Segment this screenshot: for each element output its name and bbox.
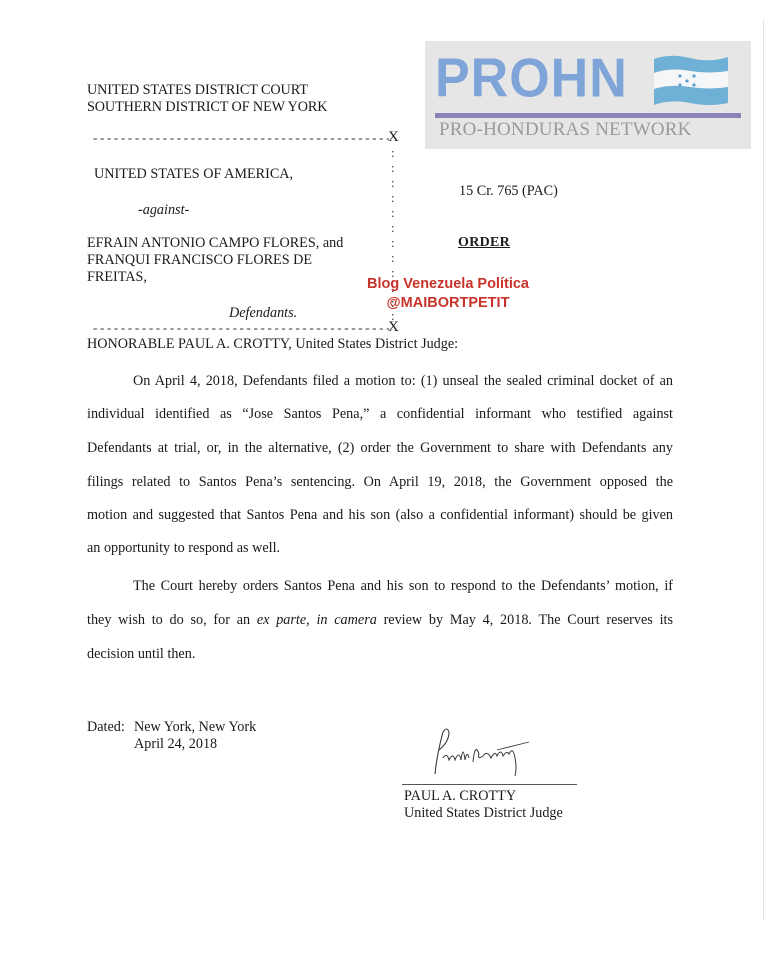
caption-colon: : [391,206,395,220]
case-number: 15 Cr. 765 (PAC) [459,183,558,200]
dated-label: Dated: [87,719,125,736]
logo-divider-bar [435,113,741,118]
signature-line [402,784,577,785]
paragraph-2-line-1: The Court hereby orders Santos Pena and … [87,578,673,595]
caption-colon: : [391,161,395,175]
caption-bottom-x: X [388,319,399,336]
handwritten-signature-icon [425,724,545,784]
caption-bottom-divider: - - - - - - - - - - - - - - - - - - - - … [93,320,389,336]
court-district: SOUTHERN DISTRICT OF NEW YORK [87,98,327,117]
logo-subtitle: PRO-HONDURAS NETWORK [439,119,692,141]
dated-place: New York, New York [134,719,256,736]
prohn-logo: PROHN PRO-HONDURAS NETWORK [425,41,751,149]
paragraph-2-line-2: they wish to do so, for an ex parte, in … [87,612,673,629]
caption-top-divider: - - - - - - - - - - - - - - - - - - - - … [93,130,389,146]
caption-colon: : [391,251,395,265]
caption-colon: : [391,236,395,250]
paragraph-1-line-4: filings related to Santos Pena’s sentenc… [87,474,673,491]
document-title: ORDER [458,235,510,251]
plaintiff-name: UNITED STATES OF AMERICA, [94,166,293,183]
defendant-line-1: EFRAIN ANTONIO CAMPO FLORES, and [87,235,343,252]
scan-edge [763,20,764,920]
watermark-handle: @MAIBORTPETIT [348,294,548,313]
signer-name: PAUL A. CROTTY [404,788,516,805]
defendant-line-3: FREITAS, [87,269,147,286]
paragraph-1-line-2: individual identified as “Jose Santos Pe… [87,406,673,423]
caption-colon: : [391,146,395,160]
against-label: -against- [138,202,189,219]
defendant-line-2: FRANQUI FRANCISCO FLORES DE [87,252,312,269]
signer-title: United States District Judge [404,805,563,822]
paragraph-1-line-3: Defendants at trial, or, in the alternat… [87,440,673,457]
paragraph-1-line-5: motion and suggested that Santos Pena an… [87,507,673,524]
judge-header: HONORABLE PAUL A. CROTTY, United States … [87,336,458,353]
paragraph-1-line-6: an opportunity to respond as well. [87,540,673,557]
watermark-blog-name: Blog Venezuela Política [348,275,548,294]
caption-colon: : [391,221,395,235]
honduras-flag-icon [650,53,730,107]
caption-top-x: X [388,129,399,146]
caption-colon: : [391,176,395,190]
caption-colon: : [391,191,395,205]
legal-term-italic: ex parte, in camera [257,612,377,628]
logo-wordmark: PROHN [435,47,628,110]
paragraph-1-line-1: On April 4, 2018, Defendants filed a mot… [87,373,673,390]
paragraph-2-line-3: decision until then. [87,646,673,663]
blog-watermark: Blog Venezuela Política @MAIBORTPETIT [348,275,548,313]
dated-date: April 24, 2018 [134,736,217,753]
